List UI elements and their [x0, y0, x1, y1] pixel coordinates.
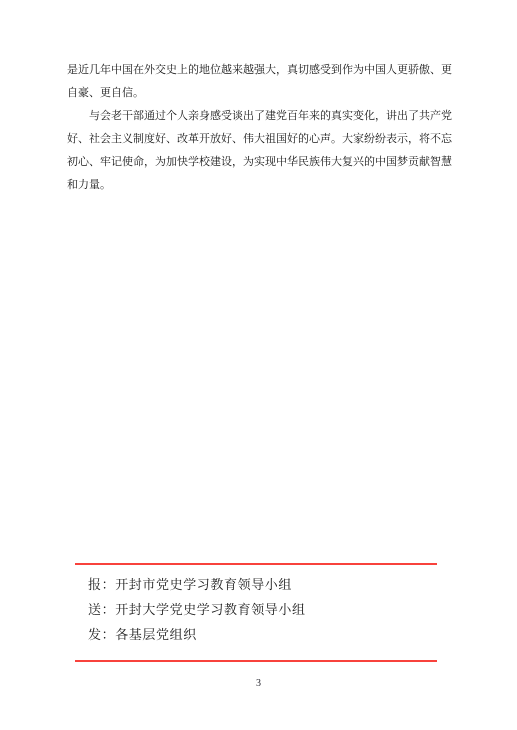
distribution-report-line: 报：开封市党史学习教育领导小组	[88, 572, 306, 597]
page-number: 3	[0, 678, 517, 690]
distribution-send-line: 送：开封大学党史学习教育领导小组	[88, 597, 306, 622]
paragraph2-line3: 初心、牢记使命，为加快学校建设，为实现中华民族伟大复兴的中国梦贡献智慧	[67, 151, 457, 174]
body-text: 是近几年中国在外交史上的地位越来越强大，真切感受到作为中国人更骄傲、更 自豪、更…	[67, 59, 457, 197]
paragraph2-line2: 好、社会主义制度好、改革开放好、伟大祖国好的心声。大家纷纷表示，将不忘	[67, 128, 457, 151]
paragraph2-line4: 和力量。	[67, 174, 457, 197]
red-divider-bottom	[75, 660, 437, 662]
distribution-block: 报：开封市党史学习教育领导小组 送：开封大学党史学习教育领导小组 发：各基层党组…	[88, 572, 306, 647]
red-divider-top	[75, 563, 437, 565]
paragraph1-line2: 自豪、更自信。	[67, 82, 457, 105]
paragraph2-line1: 与会老干部通过个人亲身感受谈出了建党百年来的真实变化，讲出了共产党	[67, 105, 457, 128]
document-page: 是近几年中国在外交史上的地位越来越强大，真切感受到作为中国人更骄傲、更 自豪、更…	[0, 0, 517, 730]
distribution-issue-line: 发：各基层党组织	[88, 622, 306, 647]
paragraph1-line1: 是近几年中国在外交史上的地位越来越强大，真切感受到作为中国人更骄傲、更	[67, 59, 457, 82]
